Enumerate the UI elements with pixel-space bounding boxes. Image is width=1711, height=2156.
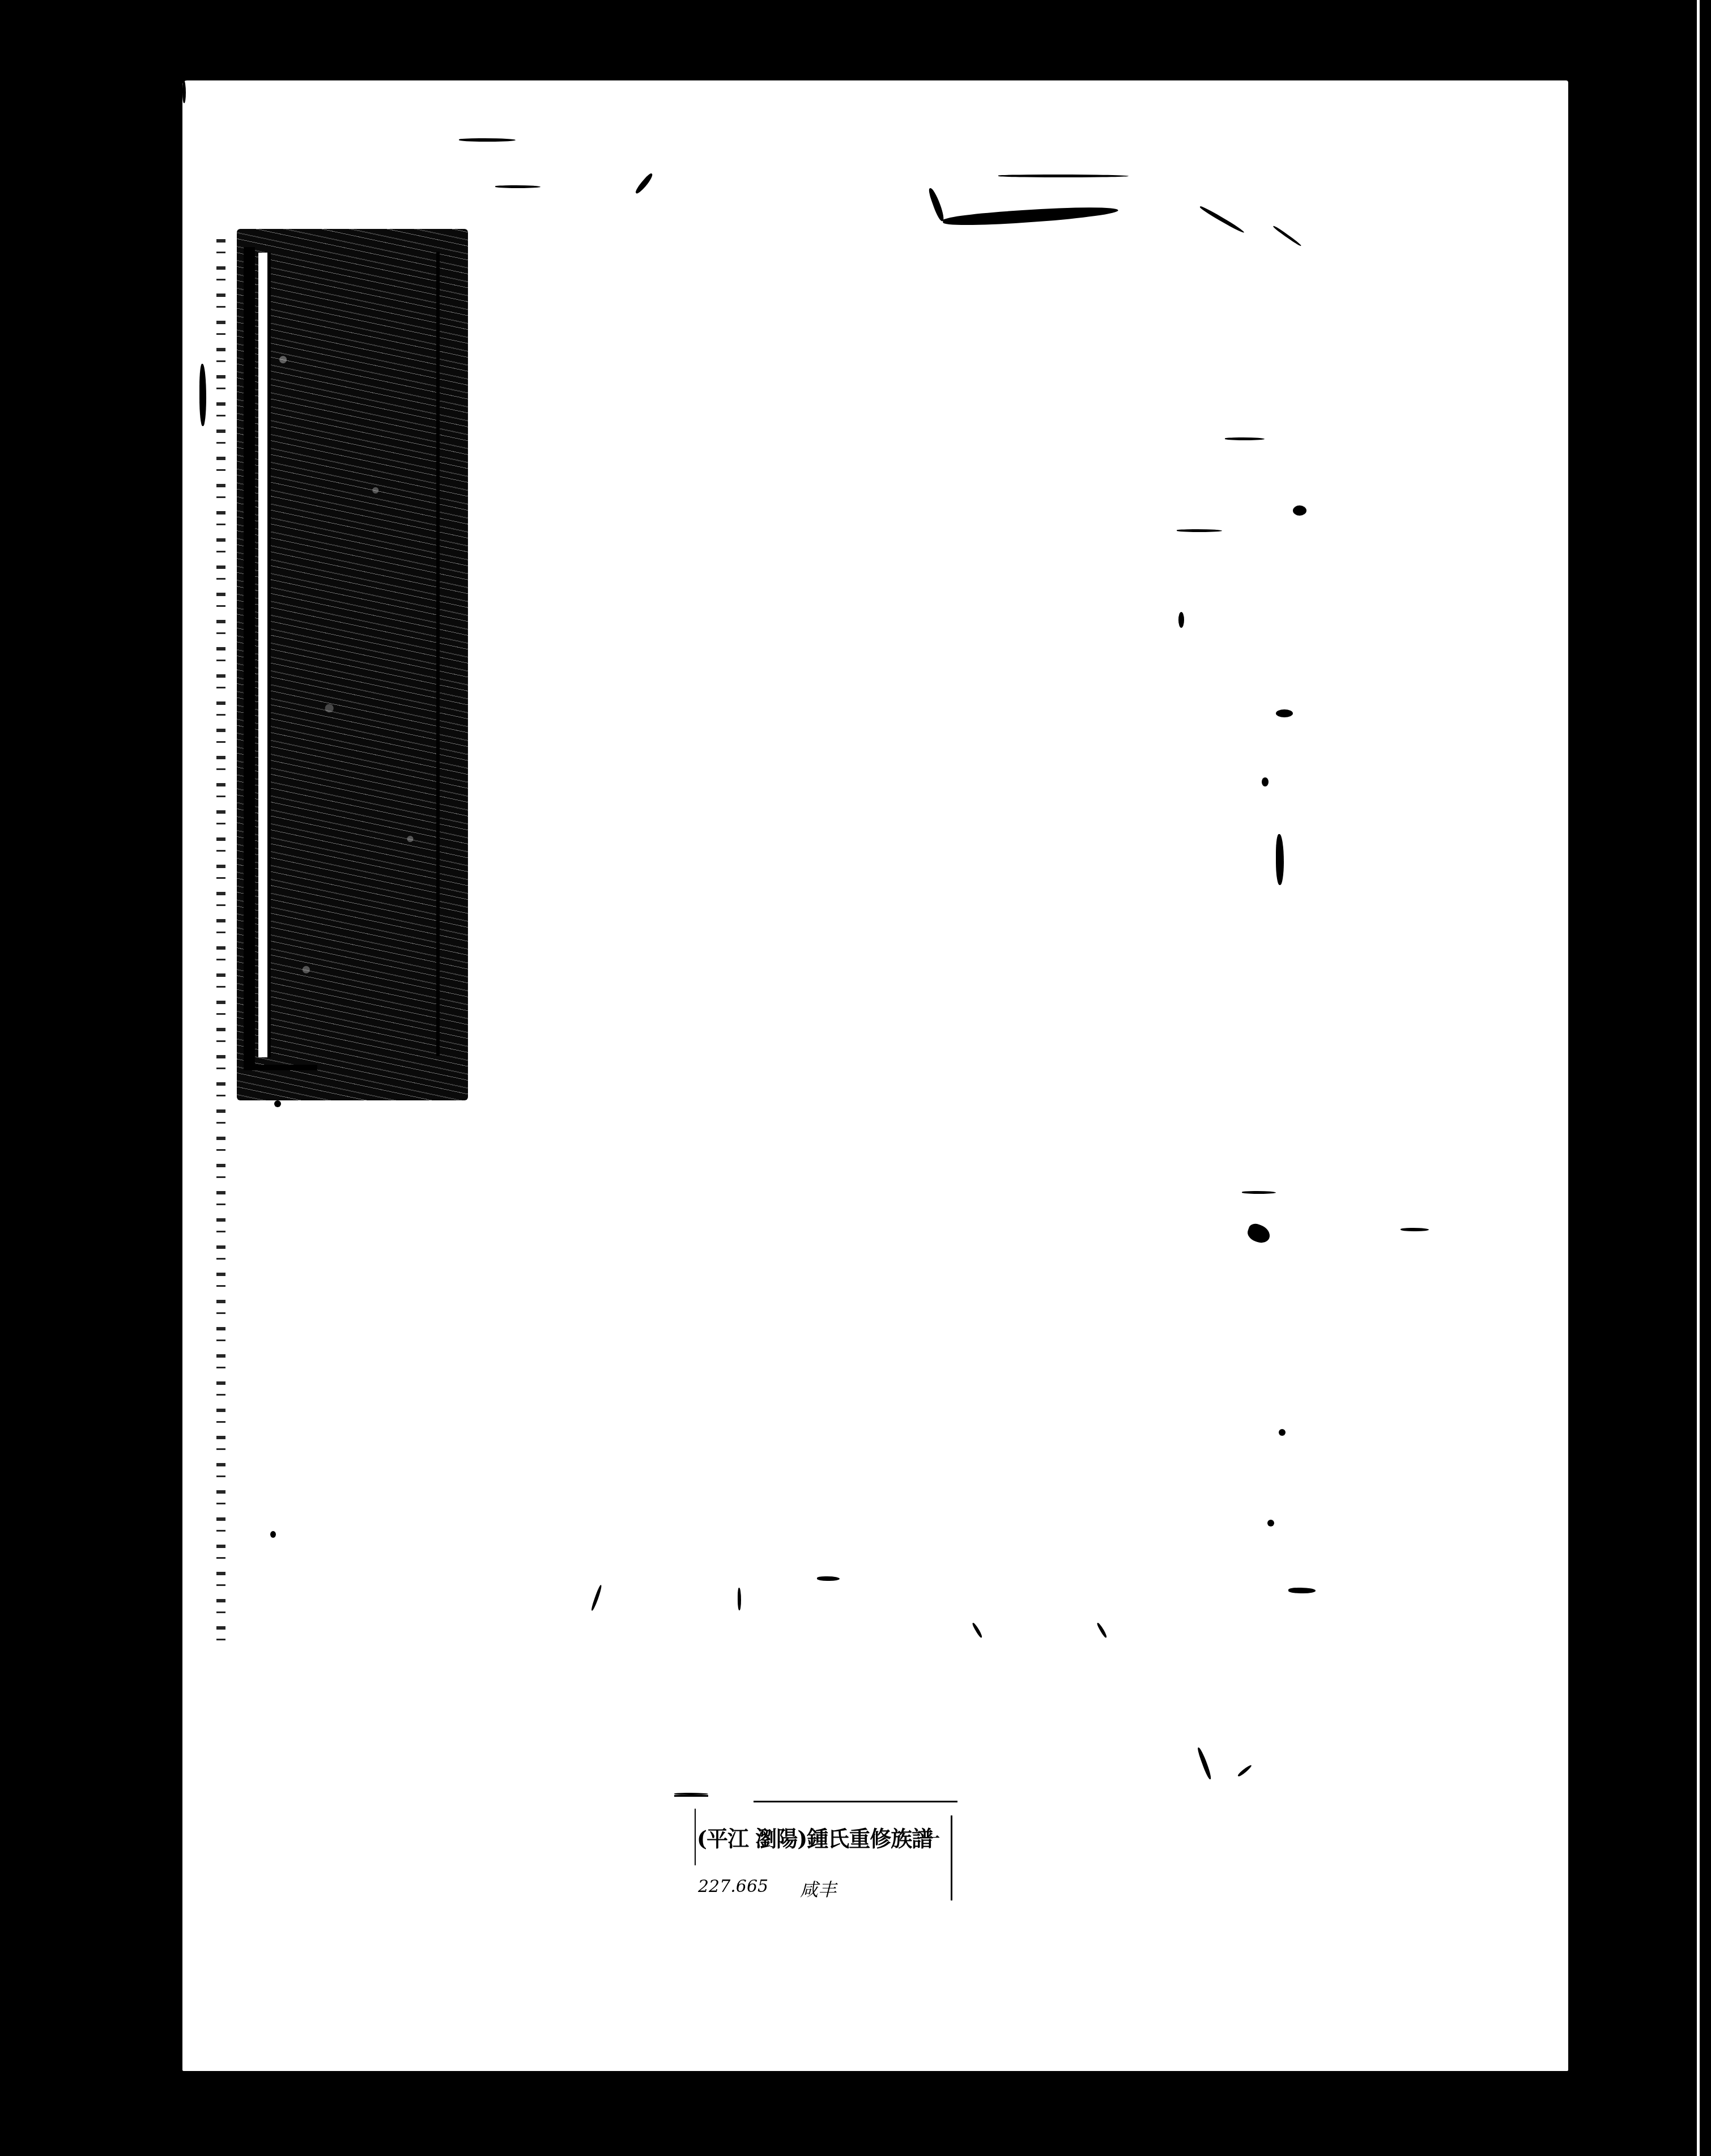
- scan-mark: [1197, 1746, 1212, 1780]
- title-slip-frame-bottom: [244, 1065, 317, 1070]
- label-rule: [754, 1801, 957, 1802]
- scan-edge-line: [1697, 0, 1700, 2156]
- title-slip: [237, 229, 468, 1100]
- label-call-number: 227.665: [698, 1877, 768, 1896]
- label-rule: [695, 1809, 696, 1865]
- title-slip-frame-outer: [244, 247, 255, 1069]
- scan-mark: [199, 364, 206, 426]
- scan-mark: [274, 1100, 281, 1107]
- scan-mark: [1401, 1228, 1429, 1231]
- label-rule: [951, 1815, 952, 1900]
- page-left-edge-wear: [216, 239, 225, 1644]
- scan-mark: [1272, 225, 1302, 247]
- library-label: (平江 瀏陽)鍾氏重修族譜 一 227.665 咸丰: [674, 1792, 957, 1882]
- scan-mark: [1242, 1191, 1276, 1194]
- document-page: (平江 瀏陽)鍾氏重修族譜 一 227.665 咸丰: [182, 80, 1568, 2071]
- scan-mark: [972, 1622, 983, 1639]
- scan-mark: [1288, 1588, 1316, 1593]
- label-rule: [674, 1795, 708, 1797]
- scan-mark: [1177, 529, 1222, 532]
- scan-mark: [1279, 1429, 1286, 1436]
- scan-mark: [182, 80, 186, 103]
- scan-mark: [1276, 709, 1293, 717]
- scan-mark: [634, 172, 654, 195]
- scan-mark: [590, 1584, 603, 1611]
- label-title: (平江 瀏陽)鍾氏重修族譜: [697, 1821, 933, 1852]
- scan-mark: [495, 185, 540, 188]
- scan-mark: [1225, 437, 1265, 440]
- scan-mark: [943, 203, 1119, 228]
- title-slip-frame-inner: [258, 253, 271, 1057]
- scan-mark: [998, 175, 1129, 177]
- scan-mark: [1178, 612, 1184, 628]
- label-era: 咸丰: [800, 1876, 836, 1902]
- scan-mark: [927, 187, 946, 222]
- label-volume: 一: [919, 1821, 940, 1852]
- scan-mark: [1096, 1622, 1108, 1639]
- scan-mark: [1293, 505, 1306, 516]
- scan-mark: [817, 1576, 840, 1581]
- title-slip-right-rule: [436, 252, 440, 1056]
- scan-mark: [1276, 834, 1284, 885]
- scan-mark: [270, 1531, 276, 1538]
- scan-mark: [1267, 1520, 1274, 1526]
- scan-mark: [1262, 777, 1269, 786]
- scan-mark: [738, 1588, 741, 1610]
- scan-mark: [1199, 205, 1245, 234]
- scan-mark: [1237, 1764, 1253, 1777]
- scan-mark: [1245, 1222, 1272, 1245]
- scan-mark: [459, 138, 516, 142]
